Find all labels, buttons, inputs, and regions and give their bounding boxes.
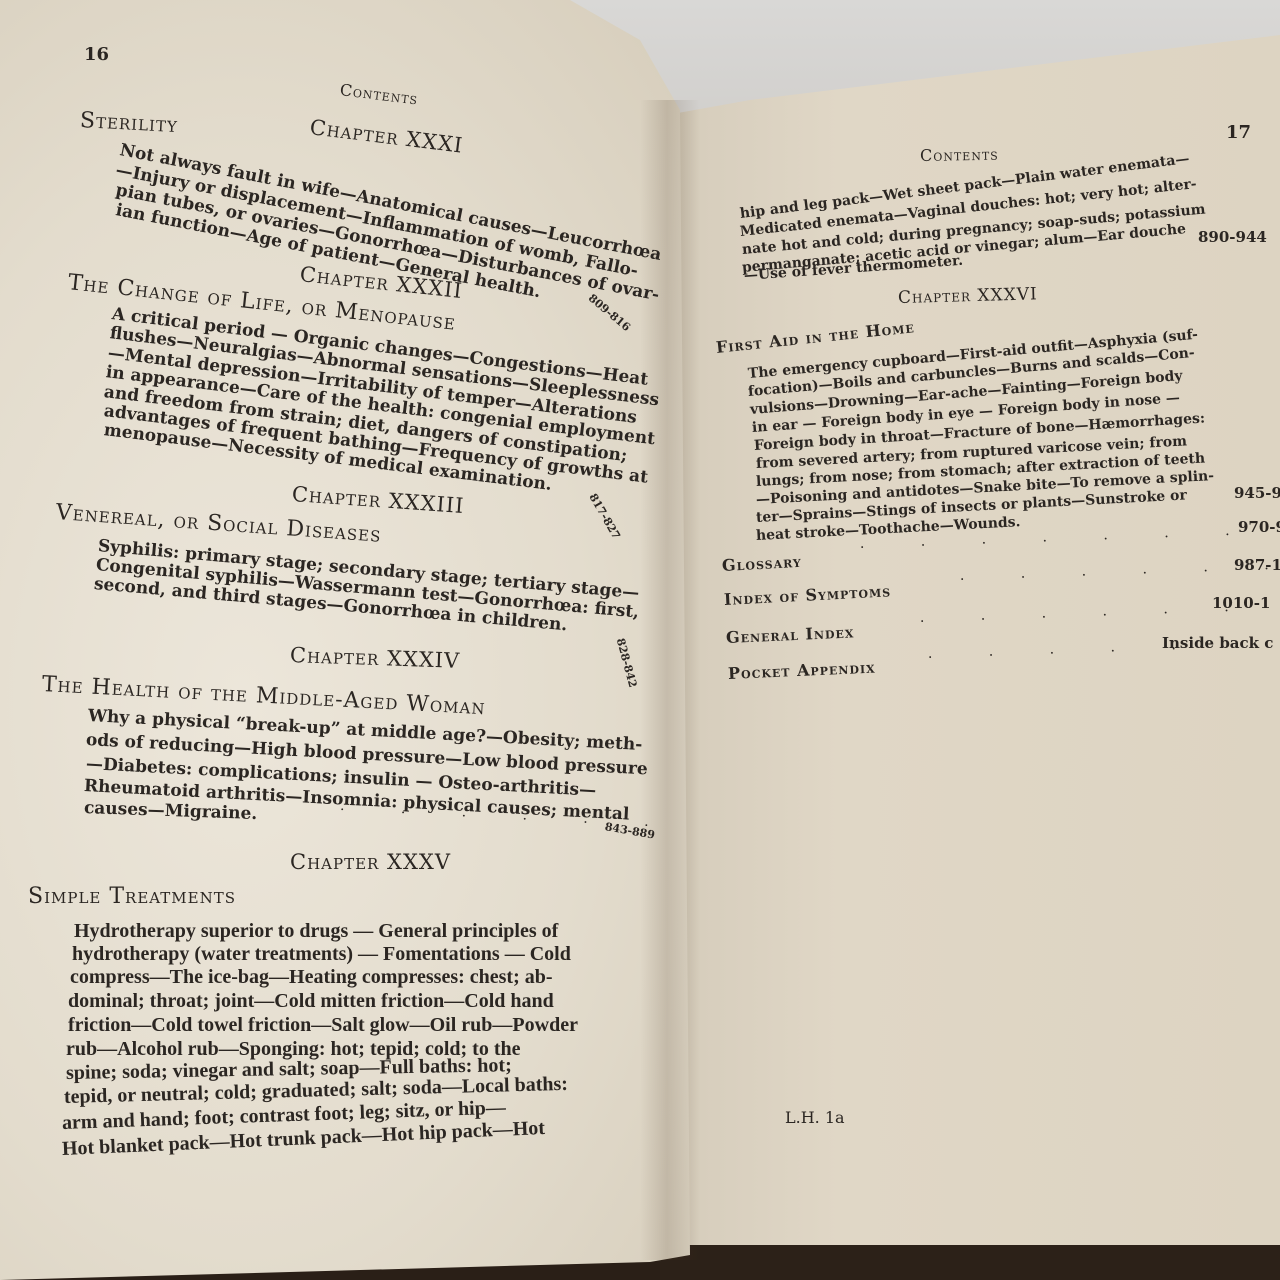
page-range: 970-9 — [1238, 518, 1280, 536]
page-range: 945-9 — [1234, 484, 1280, 502]
page-range: 987-1 — [1234, 556, 1280, 574]
book-gutter — [640, 100, 700, 1260]
page-number-left: 16 — [84, 44, 109, 65]
page-range: 1010-1 — [1212, 594, 1270, 612]
signature-mark: L.H. 1a — [785, 1108, 845, 1127]
page-range: Inside back c — [1162, 634, 1273, 652]
chapter-heading: Chapter XXXV — [290, 850, 451, 874]
chapter-title: Sterility — [79, 108, 178, 138]
chapter-summary-line: compress—The ice-bag—Heating compresses:… — [70, 966, 553, 989]
chapter-summary-line: friction—Cold towel friction—Salt glow—O… — [68, 1014, 578, 1037]
chapter-summary-line: dominal; throat; joint—Cold mitten frict… — [68, 990, 554, 1013]
page-number-right: 17 — [1226, 122, 1251, 143]
chapter-summary-line: Hydrotherapy superior to drugs — General… — [74, 920, 558, 943]
page-range: 890-944 — [1198, 228, 1267, 246]
chapter-heading: Chapter XXXVI — [898, 284, 1038, 308]
chapter-summary-line: hydrotherapy (water treatments) — Foment… — [72, 943, 571, 966]
running-header-right: Contents — [920, 145, 999, 165]
chapter-title: Simple Treatments — [28, 884, 236, 909]
book-cover-edge — [660, 1245, 1280, 1280]
